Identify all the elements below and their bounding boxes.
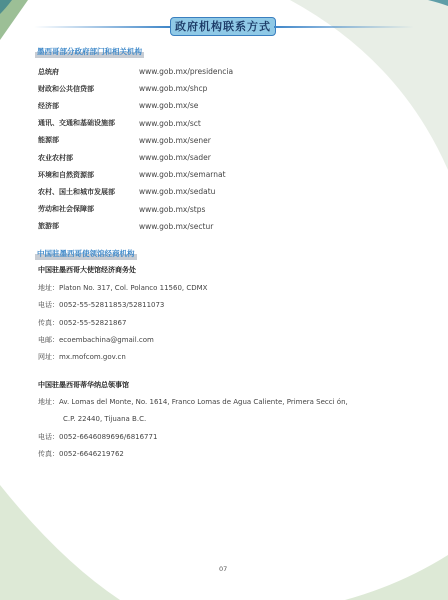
embassy-phone: 电话：0052-55-52811853/52811073: [38, 300, 164, 310]
agency-url[interactable]: www.gob.mx/sedatu: [139, 187, 215, 196]
consulate-title: 中国驻墨西哥蒂华纳总领事馆: [38, 380, 129, 390]
consulate-fax: 传真：0052-6646219762: [38, 449, 124, 459]
section-heading-mexico-gov: 墨西哥部分政府部门和相关机构: [35, 45, 144, 58]
consulate-address-continued: C.P. 22440, Tijuana B.C.: [63, 415, 146, 423]
agency-name: 劳动和社会保障部: [38, 204, 139, 214]
embassy-email[interactable]: 电邮：ecoembachina@gmail.com: [38, 335, 154, 345]
agency-name: 能源部: [38, 135, 139, 145]
table-row: 通讯、交通和基础设施部 www.gob.mx/sct: [38, 115, 318, 132]
agency-name: 总统府: [38, 67, 139, 77]
agency-name: 旅游部: [38, 221, 139, 231]
agency-name: 环境和自然资源部: [38, 170, 139, 180]
table-row: 环境和自然资源部 www.gob.mx/semarnat: [38, 166, 318, 183]
page-number: 07: [219, 565, 227, 573]
agency-url[interactable]: www.gob.mx/stps: [139, 205, 205, 214]
consulate-address: 地址：Av. Lomas del Monte, No. 1614, Franco…: [38, 397, 348, 407]
gov-agency-table: 总统府 www.gob.mx/presidencia 财政和公共信贷部 www.…: [38, 63, 318, 235]
table-row: 能源部 www.gob.mx/sener: [38, 132, 318, 149]
agency-url[interactable]: www.gob.mx/semarnat: [139, 170, 226, 179]
agency-name: 农村、国土和城市发展部: [38, 187, 139, 197]
agency-url[interactable]: www.gob.mx/presidencia: [139, 67, 233, 76]
agency-url[interactable]: www.gob.mx/shcp: [139, 84, 207, 93]
table-row: 农业农村部 www.gob.mx/sader: [38, 149, 318, 166]
embassy-title: 中国驻墨西哥大使馆经济商务处: [38, 265, 136, 275]
agency-name: 财政和公共信贷部: [38, 84, 139, 94]
agency-url[interactable]: www.gob.mx/sectur: [139, 222, 213, 231]
table-row: 财政和公共信贷部 www.gob.mx/shcp: [38, 80, 318, 97]
page-title-banner: 政府机构联系方式: [34, 17, 414, 37]
agency-name: 经济部: [38, 101, 139, 111]
section-heading-china-missions: 中国驻墨西哥使领馆经商机构: [35, 247, 137, 260]
title-divider-left: [34, 26, 170, 28]
table-row: 劳动和社会保障部 www.gob.mx/stps: [38, 201, 318, 218]
embassy-website[interactable]: 网址：mx.mofcom.gov.cn: [38, 352, 126, 362]
embassy-address: 地址：Platon No. 317, Col. Polanco 11560, C…: [38, 283, 207, 293]
table-row: 旅游部 www.gob.mx/sectur: [38, 218, 318, 235]
agency-url[interactable]: www.gob.mx/sct: [139, 119, 201, 128]
consulate-phone: 电话：0052-6646089696/6816771: [38, 432, 157, 442]
title-divider-right: [274, 26, 414, 28]
agency-url[interactable]: www.gob.mx/sener: [139, 136, 211, 145]
agency-url[interactable]: www.gob.mx/sader: [139, 153, 211, 162]
embassy-fax: 传真：0052-55-52821867: [38, 318, 126, 328]
table-row: 总统府 www.gob.mx/presidencia: [38, 63, 318, 80]
table-row: 经济部 www.gob.mx/se: [38, 97, 318, 114]
page-title: 政府机构联系方式: [170, 17, 276, 36]
agency-name: 农业农村部: [38, 153, 139, 163]
agency-url[interactable]: www.gob.mx/se: [139, 101, 198, 110]
agency-name: 通讯、交通和基础设施部: [38, 118, 139, 128]
table-row: 农村、国土和城市发展部 www.gob.mx/sedatu: [38, 183, 318, 200]
